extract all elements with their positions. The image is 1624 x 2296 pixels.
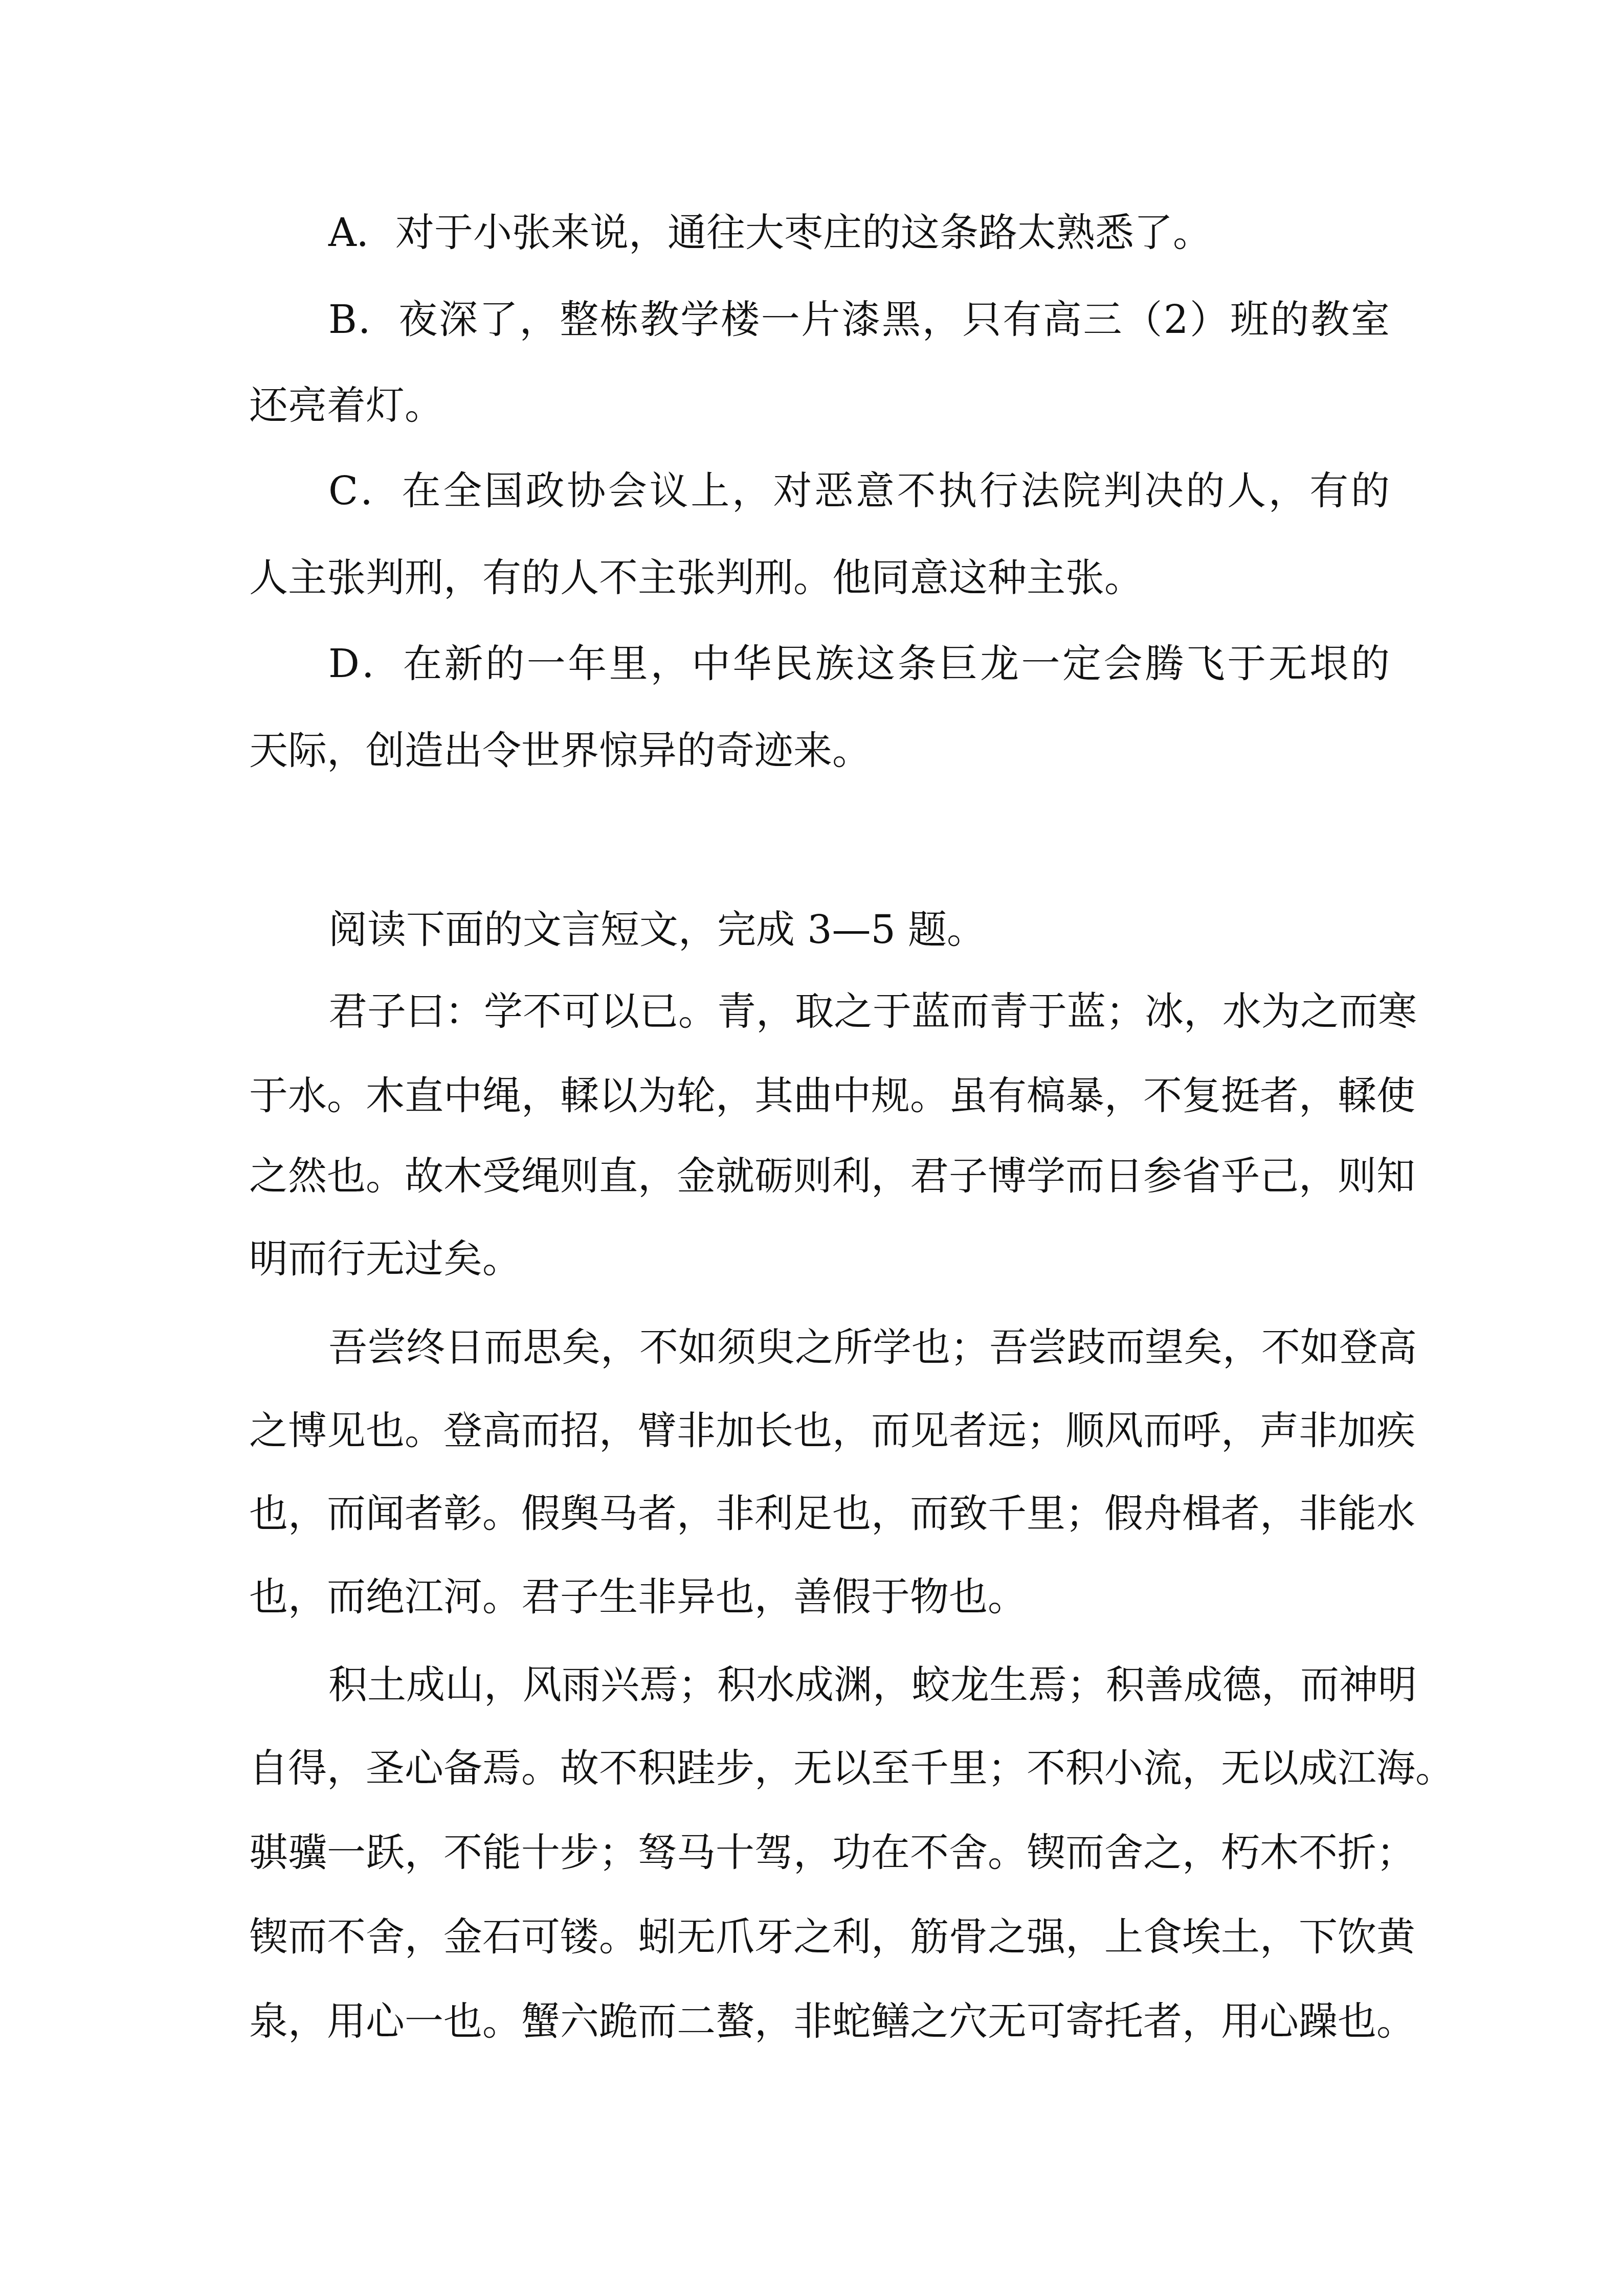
paragraph-1-line-1: 君子曰：学不可以已。青，取之于蓝而青于蓝；冰，水为之而寒 — [328, 986, 1390, 1037]
paragraph-3-line-5: 泉，用心一也。蟹六跪而二螯，非蛇鳝之穴无可寄托者，用心躁也。 — [249, 1996, 1390, 2047]
paragraph-1-line-4: 明而行无过矣。 — [249, 1233, 1390, 1285]
paragraph-2-line-4: 也，而绝江河。君子生非异也，善假于物也。 — [249, 1571, 1390, 1623]
paragraph-3-line-2: 自得，圣心备焉。故不积跬步，无以至千里；不积小流，无以成江海。 — [249, 1743, 1390, 1794]
paragraph-2-line-3: 也，而闻者彰。假舆马者，非利足也，而致千里；假舟楫者，非能水 — [249, 1488, 1390, 1539]
document-page: A．对于小张来说，通往大枣庄的这条路太熟悉了。 B．夜深了，整栋教学楼一片漆黑，… — [0, 0, 1624, 2296]
paragraph-1-line-3: 之然也。故木受绳则直，金就砺则利，君子博学而日参省乎己，则知 — [249, 1151, 1390, 1202]
option-d-line-2: 天际，创造出令世界惊异的奇迹来。 — [249, 725, 1390, 776]
paragraph-2-line-2: 之博见也。登高而招，臂非加长也，而见者远；顺风而呼，声非加疾 — [249, 1405, 1390, 1456]
paragraph-2-line-1: 吾尝终日而思矣，不如须臾之所学也；吾尝跂而望矣，不如登高 — [328, 1322, 1390, 1373]
passage-instruction: 阅读下面的文言短文，完成 3—5 题。 — [328, 904, 1390, 955]
paragraph-1-line-2: 于水。木直中绳，輮以为轮，其曲中规。虽有槁暴，不复挺者，輮使 — [249, 1070, 1390, 1121]
option-b-line-2: 还亮着灯。 — [249, 380, 1390, 431]
option-a: A．对于小张来说，通往大枣庄的这条路太熟悉了。 — [328, 207, 1390, 258]
option-c-line-2: 人主张判刑，有的人不主张判刑。他同意这种主张。 — [249, 552, 1390, 603]
option-d-line-1: D．在新的一年里，中华民族这条巨龙一定会腾飞于无垠的 — [328, 638, 1390, 689]
paragraph-3-line-1: 积土成山，风雨兴焉；积水成渊，蛟龙生焉；积善成德，而神明 — [328, 1659, 1390, 1710]
paragraph-3-line-3: 骐骥一跃，不能十步；驽马十驾，功在不舍。锲而舍之，朽木不折； — [249, 1827, 1390, 1878]
paragraph-3-line-4: 锲而不舍，金石可镂。蚓无爪牙之利，筋骨之强，上食埃土，下饮黄 — [249, 1911, 1390, 1963]
option-c-line-1: C．在全国政协会议上，对恶意不执行法院判决的人，有的 — [328, 465, 1390, 516]
option-b-line-1: B．夜深了，整栋教学楼一片漆黑，只有高三（2）班的教室 — [328, 294, 1390, 345]
